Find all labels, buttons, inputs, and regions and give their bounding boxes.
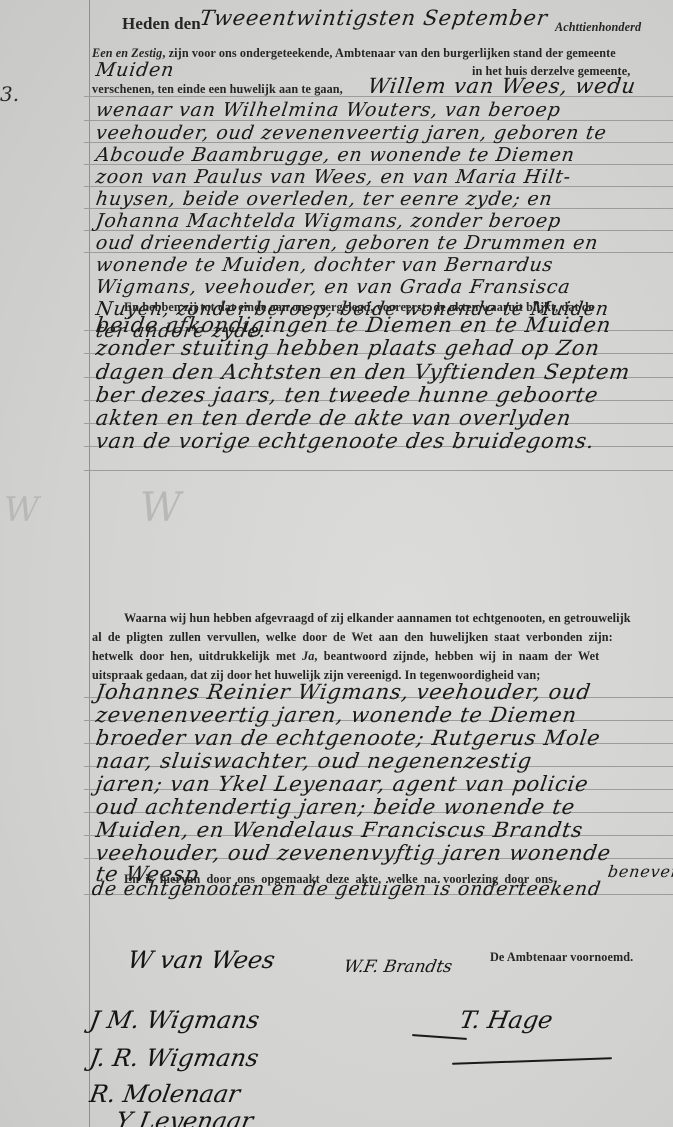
- hand-text: van de vorige echtgenoote des bruidegoms…: [94, 429, 596, 453]
- hand-text: beide afkondigingen te Diemen en te Muid…: [94, 313, 613, 337]
- hand-text: Muiden, en Wendelaus Franciscus Brandts: [94, 818, 584, 842]
- signature-official: T. Hage: [458, 1006, 555, 1034]
- print-text: hetwelk door hen, uitdrukkelijk met: [92, 649, 296, 663]
- print-text: Achttienhonderd: [555, 20, 641, 35]
- print-line: Heden den: [122, 14, 201, 34]
- hand-text: wenaar van Wilhelmina Wouters, van beroe…: [94, 99, 562, 121]
- signature-witness-leyenaar: Y Leyenaar: [114, 1107, 256, 1127]
- hand-text: oud achtendertig jaren; beide wonende te: [94, 795, 576, 819]
- hand-text: wonende te Muiden, dochter van Bernardus: [94, 254, 554, 276]
- ruled-line: [84, 470, 673, 471]
- hand-text: de echtgenooten en de getuigen is ondert…: [90, 878, 602, 900]
- print-text: verschenen, ten einde een huwelijk aan t…: [92, 82, 343, 97]
- hand-text: jaren; van Ykel Leyenaar, agent van poli…: [94, 772, 590, 796]
- signature-flourish: [452, 1057, 612, 1065]
- hand-text: naar, sluiswachter, oud negenenzestig: [94, 749, 533, 773]
- hand-date: Tweeentwintigsten September: [198, 6, 549, 30]
- hand-text: dagen den Achtsten en den Vyftienden Sep…: [94, 360, 631, 384]
- hand-text: zoon van Paulus van Wees, en van Maria H…: [94, 166, 572, 188]
- hand-text: huysen, beide overleden, ter eenre zyde;…: [94, 188, 554, 210]
- hand-text: Johanna Machtelda Wigmans, zonder beroep: [94, 210, 562, 232]
- hand-text: benevens: [607, 862, 673, 881]
- faint-pencil-mark: W: [140, 485, 181, 531]
- signature-witness-brandts: W.F. Brandts: [342, 957, 454, 977]
- print-year: Een en Zestig: [92, 46, 162, 60]
- hand-text: akten en ten derde de akte van overlyden: [94, 406, 573, 430]
- record-number: 3.: [0, 82, 19, 106]
- hand-text: veehouder, oud zevenenveertig jaren, geb…: [94, 122, 608, 144]
- hand-text: zevenenveertig jaren, wonende te Diemen: [94, 703, 578, 727]
- signature-flourish: [412, 1034, 467, 1040]
- signature-witness-molenaar: R. Molenaar: [88, 1080, 243, 1108]
- hand-text: oud drieendertig jaren, geboren te Drumm…: [94, 232, 599, 254]
- hand-text: Willem van Wees, wedu: [366, 74, 637, 98]
- signature-bride: J M. Wigmans: [88, 1006, 262, 1034]
- official-label: De Ambtenaar voornoemd.: [490, 950, 633, 965]
- signature-witness-wigmans: J. R. Wigmans: [88, 1044, 261, 1072]
- print-text: al de pligten zullen vervullen, welke do…: [92, 630, 613, 645]
- print-ja: Ja: [302, 649, 314, 663]
- print-text: , zijn voor ons ondergeteekende, Ambtena…: [162, 46, 615, 60]
- hand-text: Abcoude Baambrugge, en wonende te Diemen: [94, 144, 576, 166]
- faint-pencil-mark: W: [4, 490, 39, 530]
- hand-text: Johannes Reinier Wigmans, veehouder, oud: [94, 680, 592, 704]
- hand-text: Wigmans, veehouder, en van Grada Fransis…: [94, 276, 572, 298]
- hand-text: broeder van de echtgenoote; Rutgerus Mol…: [94, 726, 602, 750]
- register-page: 3. Heden den Tweeentwintigsten September…: [0, 0, 673, 1127]
- hand-place: Muiden: [94, 59, 175, 81]
- hand-text: zonder stuiting hebben plaats gehad op Z…: [94, 336, 601, 360]
- signature-groom: W van Wees: [126, 946, 278, 974]
- hand-text: ber dezes jaars, ten tweede hunne geboor…: [94, 383, 600, 407]
- print-line: hetwelk door hen, uitdrukkelijk met Ja, …: [92, 649, 599, 664]
- margin-rule: [89, 0, 90, 1127]
- print-text: Waarna wij hun hebben afgevraagd of zij …: [124, 611, 631, 626]
- print-text: Heden den: [122, 14, 201, 33]
- print-text: , beantwoord zijnde, hebben wij in naam …: [314, 649, 599, 663]
